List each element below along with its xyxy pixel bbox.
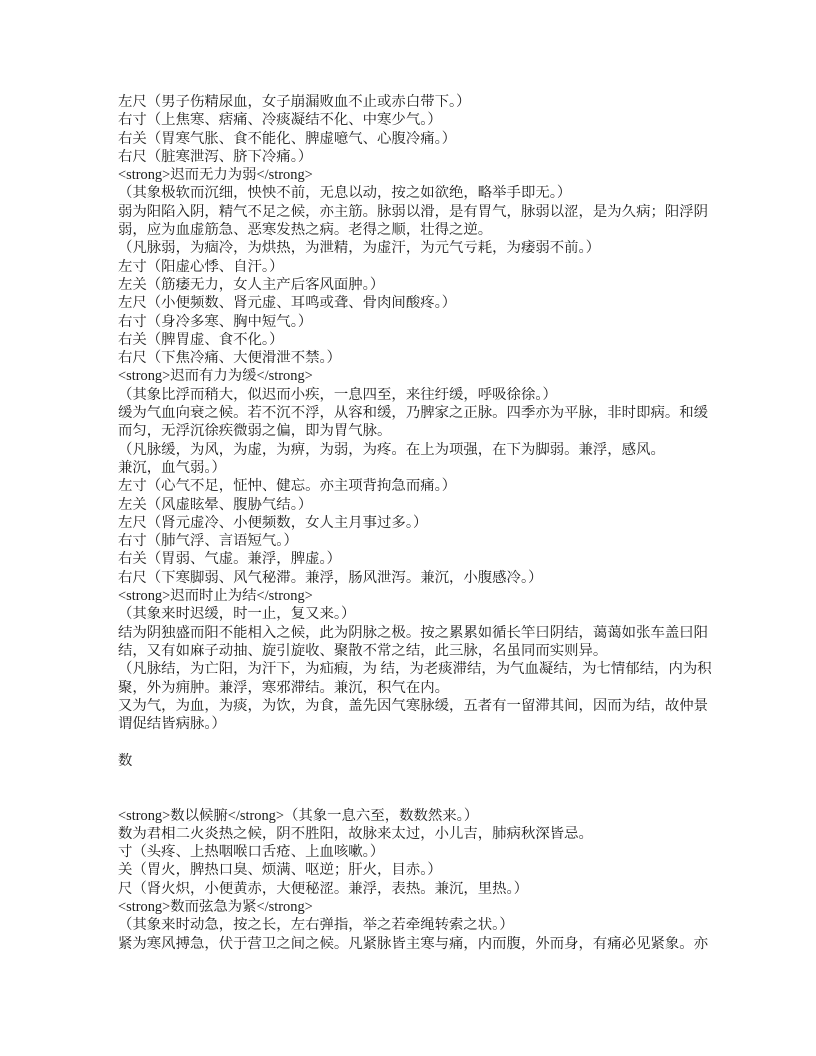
text-line: 寸（头疼、上热咽喉口舌疮、上血咳嗽。） xyxy=(118,843,738,861)
text-line: 左寸（心气不足，怔忡、健忘。亦主项背拘急而痛。） xyxy=(118,477,738,495)
text-line: 结为阴独盛而阳不能相入之候，此为阴脉之极。按之累累如循长竿曰阴结，蔼蔼如张车盖曰… xyxy=(118,624,738,642)
text-line: 关（胃火，脾热口臭、烦满、呕逆；肝火，目赤。） xyxy=(118,861,738,879)
text-line: 左寸（阳虚心悸、自汗。） xyxy=(118,258,738,276)
text-line: 弱，应为血虚筋急、恶寒发热之病。老得之顺，壮得之逆。 xyxy=(118,221,738,239)
text-line: 右尺（下焦冷痛、大便滑泄不禁。） xyxy=(118,349,738,367)
text-line: 右尺（脏寒泄泻、脐下冷痛。） xyxy=(118,148,738,166)
text-block: 左尺（男子伤精尿血，女子崩漏败血不止或赤白带下。）右寸（上焦寒、痞痛、冷痰凝结不… xyxy=(118,93,738,953)
blank-line xyxy=(118,788,738,806)
text-line: （其象极软而沉细，怏怏不前，无息以动，按之如欲绝，略举手即无。） xyxy=(118,184,738,202)
text-line: <strong>迟而有力为缓</strong> xyxy=(118,367,738,385)
text-line: 右寸（身冷多寒、胸中短气。） xyxy=(118,313,738,331)
text-line: 数 xyxy=(118,752,738,770)
text-line: 结，又有如麻子动抽、旋引旋收、聚散不常之结，此三脉，名虽同而实则异。 xyxy=(118,642,738,660)
text-line: 谓促结皆病脉。） xyxy=(118,715,738,733)
text-line: <strong>迟而时止为结</strong> xyxy=(118,587,738,605)
text-line: 左尺（男子伤精尿血，女子崩漏败血不止或赤白带下。） xyxy=(118,93,738,111)
text-line: <strong>数以候腑</strong>（其象一息六至，数数然来。） xyxy=(118,807,738,825)
document-page: 左尺（男子伤精尿血，女子崩漏败血不止或赤白带下。）右寸（上焦寒、痞痛、冷痰凝结不… xyxy=(0,0,816,1056)
text-line: 左尺（肾元虚冷、小便频数，女人主月事过多。） xyxy=(118,514,738,532)
text-line: 紧为寒风搏急，伏于营卫之间之候。凡紧脉皆主寒与痛，内而腹，外而身，有痛必见紧象。… xyxy=(118,935,738,953)
text-line: 右关（脾胃虚、食不化。） xyxy=(118,331,738,349)
text-line: （凡脉结，为亡阳，为汗下，为疝瘕，为 结，为老痰滞结，为气血凝结，为七情郁结，内… xyxy=(118,660,738,678)
text-line: 而匀，无浮沉徐疾微弱之偏，即为胃气脉。 xyxy=(118,422,738,440)
text-line: <strong>迟而无力为弱</strong> xyxy=(118,166,738,184)
text-line: 左尺（小便频数、肾元虚、耳鸣或聋、骨肉间酸疼。） xyxy=(118,294,738,312)
blank-line xyxy=(118,733,738,751)
text-line: 右寸（肺气浮、言语短气。） xyxy=(118,532,738,550)
text-line: 右关（胃寒气胀、食不能化、脾虚噫气、心腹冷痛。） xyxy=(118,130,738,148)
text-line: 缓为气血向衰之候。若不沉不浮，从容和缓，乃脾家之正脉。四季亦为平脉，非时即病。和… xyxy=(118,404,738,422)
text-line: 聚，外为痈肿。兼浮，寒邪滞结。兼沉，积气在内。 xyxy=(118,679,738,697)
text-line: （其象比浮而稍大，似迟而小疾，一息四至，来往纡缓，呼吸徐徐。） xyxy=(118,386,738,404)
text-line: 又为气，为血，为痰，为饮，为食，盖先因气寒脉缓，五者有一留滞其间，因而为结，故仲… xyxy=(118,697,738,715)
text-line: <strong>数而弦急为紧</strong> xyxy=(118,898,738,916)
blank-line xyxy=(118,770,738,788)
text-line: （凡脉缓，为风，为虚，为痹，为弱，为疼。在上为项强，在下为脚弱。兼浮，感风。 xyxy=(118,441,738,459)
text-line: （其象来时迟缓，时一止，复又来。） xyxy=(118,605,738,623)
text-line: 右尺（下寒脚弱、风气秘滞。兼浮，肠风泄泻。兼沉，小腹感冷。） xyxy=(118,569,738,587)
text-line: 左关（风虚眩晕、腹胁气结。） xyxy=(118,496,738,514)
text-line: 尺（肾火炽，小便黄赤，大便秘涩。兼浮，表热。兼沉，里热。） xyxy=(118,880,738,898)
text-line: 右寸（上焦寒、痞痛、冷痰凝结不化、中寒少气。） xyxy=(118,111,738,129)
text-line: （凡脉弱，为痼冷，为烘热，为泄精，为虚汗，为元气亏耗，为痿弱不前。） xyxy=(118,239,738,257)
text-line: 左关（筋痿无力，女人主产后客风面肿。） xyxy=(118,276,738,294)
text-line: 数为君相二火炎热之候，阴不胜阳，故脉来太过，小儿吉，肺病秋深皆忌。 xyxy=(118,825,738,843)
text-line: 右关（胃弱、气虚。兼浮，脾虚。） xyxy=(118,550,738,568)
text-line: 兼沉，血气弱。） xyxy=(118,459,738,477)
text-line: （其象来时动急，按之长，左右弹指，举之若牵绳转索之状。） xyxy=(118,916,738,934)
text-line: 弱为阳陷入阴，精气不足之候，亦主筋。脉弱以滑，是有胃气，脉弱以涩，是为久病；阳浮… xyxy=(118,203,738,221)
